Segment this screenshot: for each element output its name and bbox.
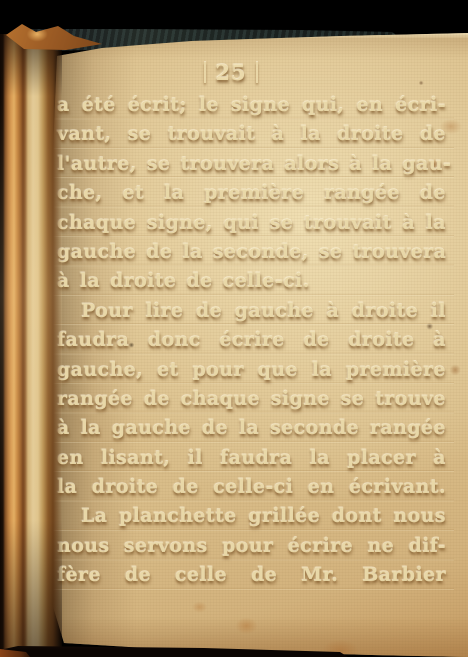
text-line: gauche, et pour que la première <box>57 356 446 385</box>
text-line: fère de celle de Mr. Barbier <box>57 561 446 590</box>
curled-page-edges <box>0 34 62 657</box>
text-line: Pour lire de gauche à droite il <box>57 297 446 326</box>
book-page: 25 a été écrit; le signe qui, en écri- v… <box>42 33 468 657</box>
text-line: faudra donc écrire de droite à <box>57 326 446 355</box>
text-line: en lisant, il faudra la placer à <box>57 444 446 473</box>
text-line: à la gauche de la seconde rangée <box>57 414 446 443</box>
text-line: rangée de chaque signe se trouve <box>57 385 446 414</box>
page-number: 25 <box>42 60 468 85</box>
text-line: nous servons pour écrire ne dif- <box>57 532 446 561</box>
text-line: gauche de la seconde, se trouvera <box>57 238 446 267</box>
text-line: chaque signe, qui se trouvait à la <box>57 209 446 238</box>
text-line: à la droite de celle-ci. <box>57 267 446 296</box>
page-number-value: 25 <box>204 60 257 85</box>
text-line: la droite de celle-ci en écrivant. <box>57 473 446 502</box>
book-photo: 25 a été écrit; le signe qui, en écri- v… <box>0 0 468 657</box>
embossed-text-block: a été écrit; le signe qui, en écri- vant… <box>57 91 446 591</box>
text-line: l'autre, se trouvera alors à la gau- <box>57 150 446 179</box>
text-line: a été écrit; le signe qui, en écri- <box>57 91 446 120</box>
text-line: che, et la première rangée de <box>57 179 446 208</box>
text-line: vant, se trouvait à la droite de <box>57 120 446 149</box>
text-line: La planchette grillée dont nous <box>57 502 446 531</box>
